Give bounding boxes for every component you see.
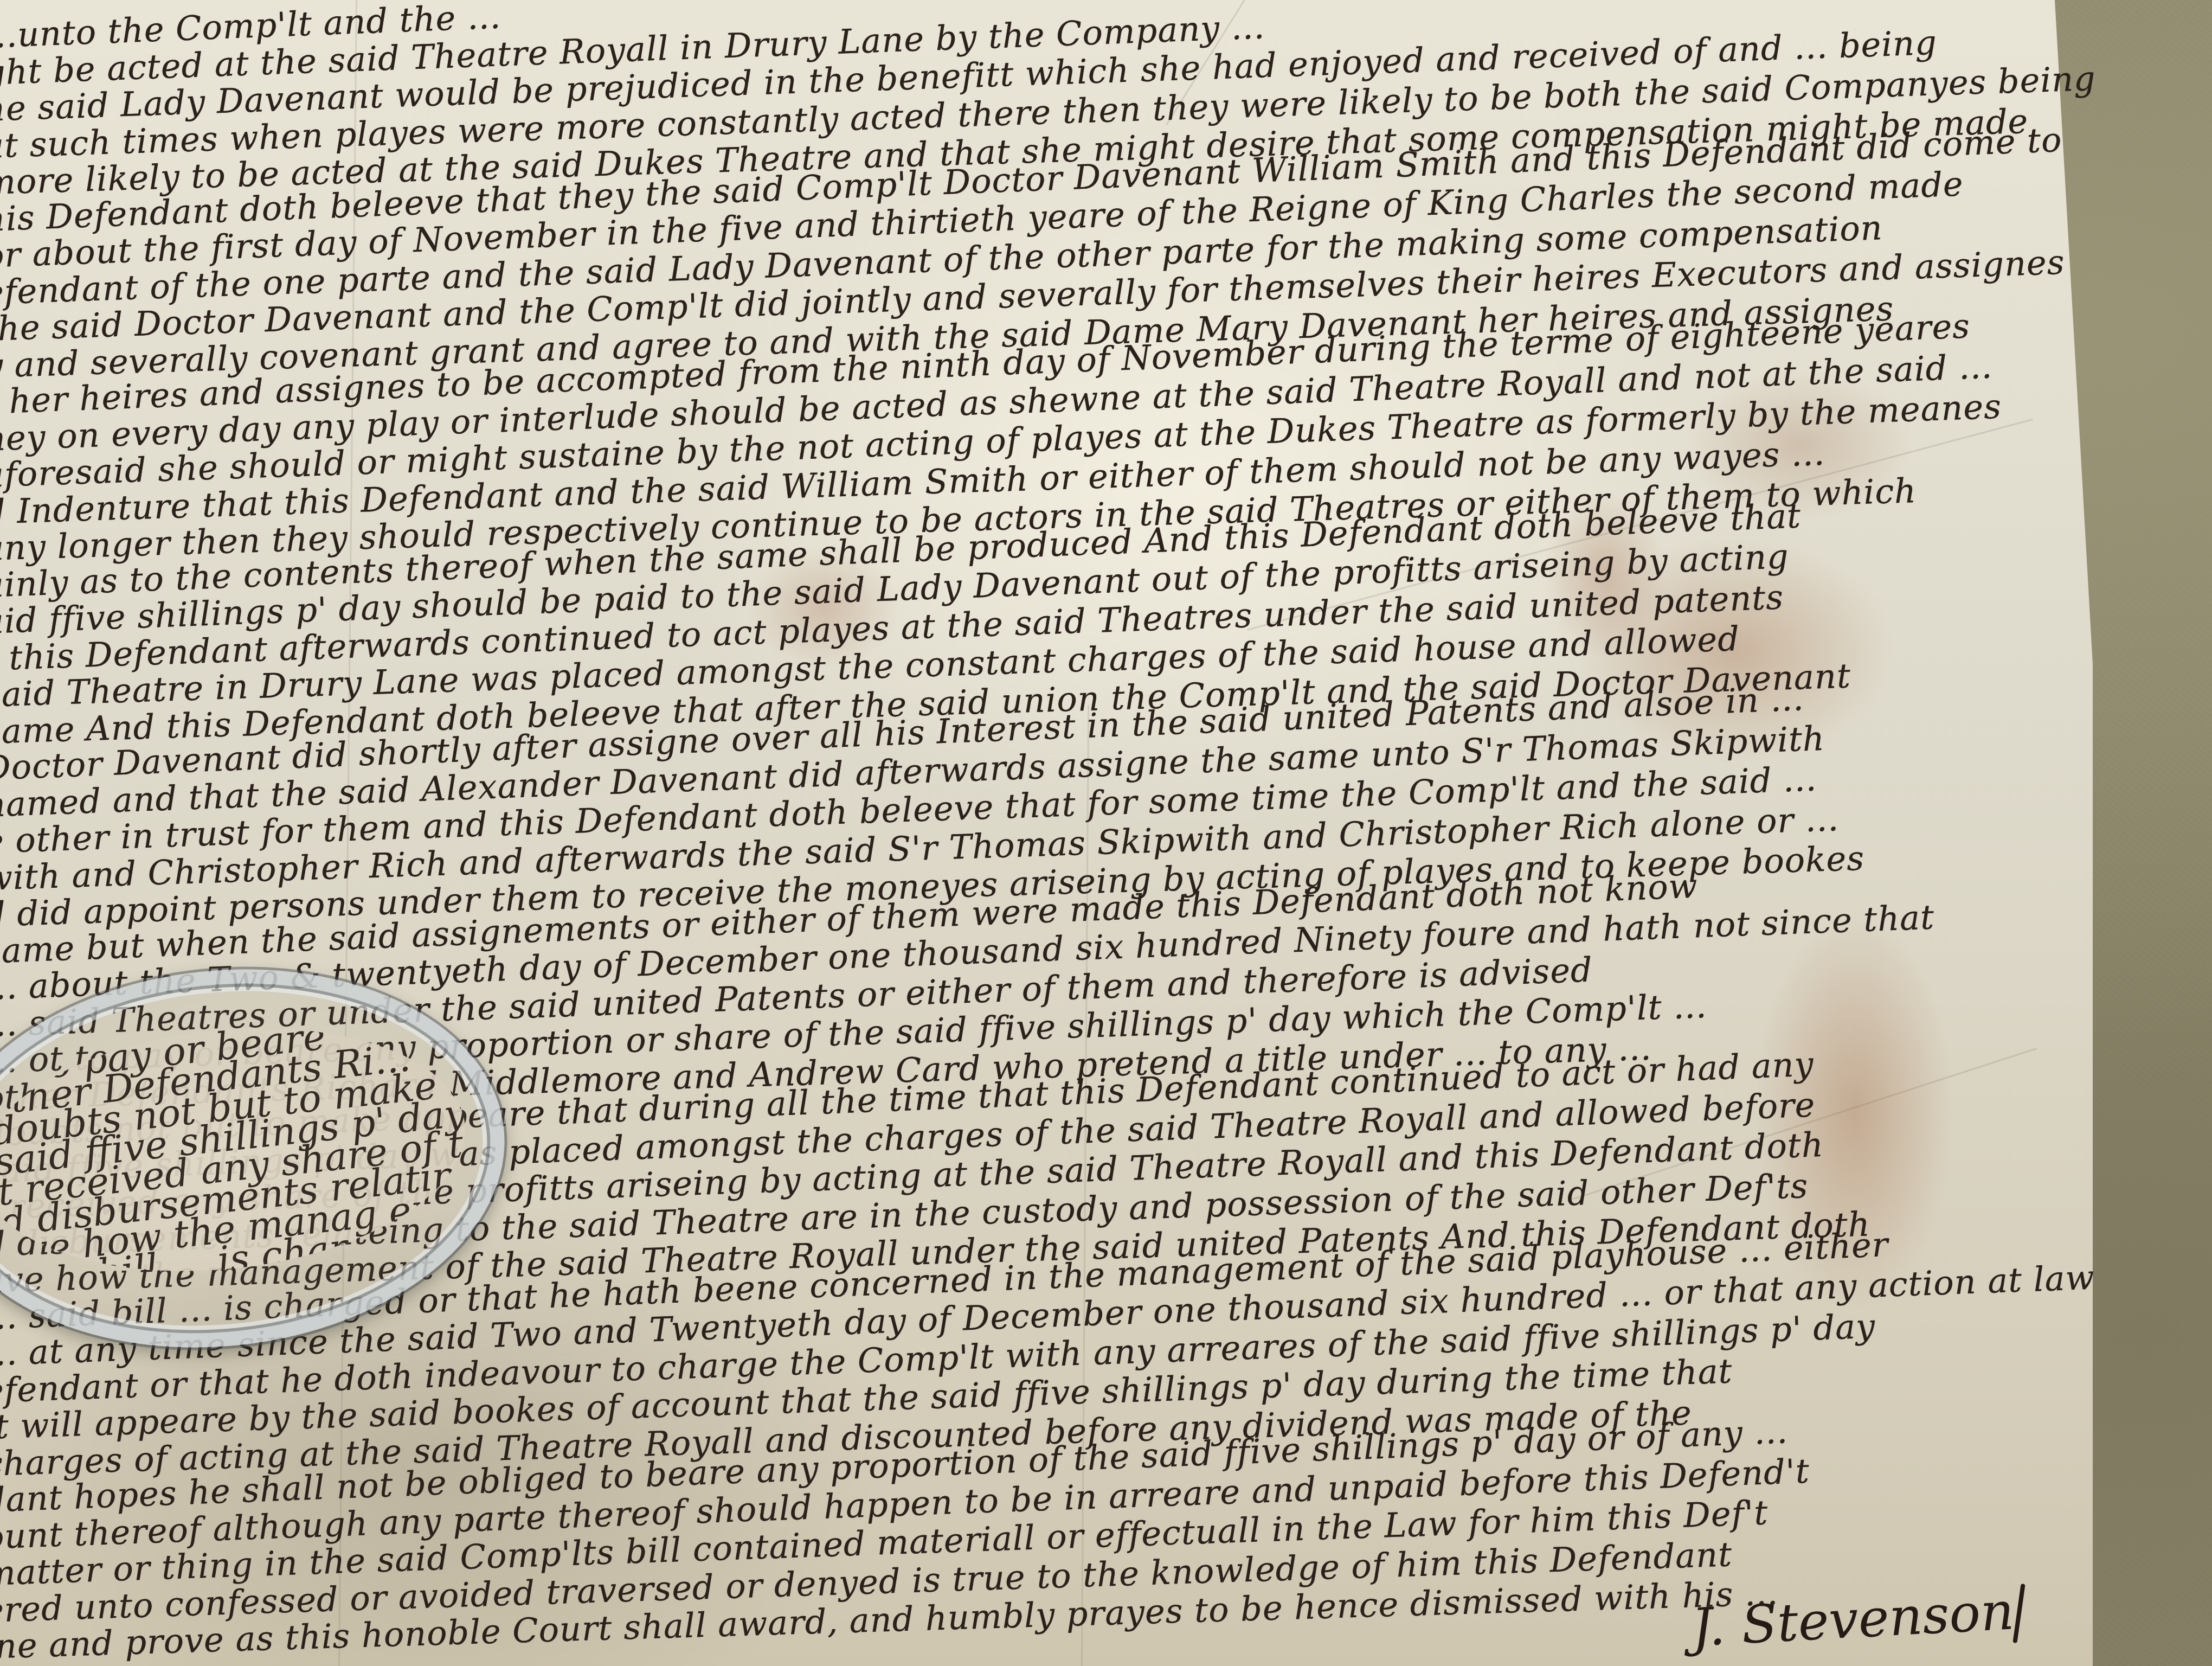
handwritten-text-body: ...unto the Comp'lt and the ...ght be ac… xyxy=(0,0,2098,1666)
